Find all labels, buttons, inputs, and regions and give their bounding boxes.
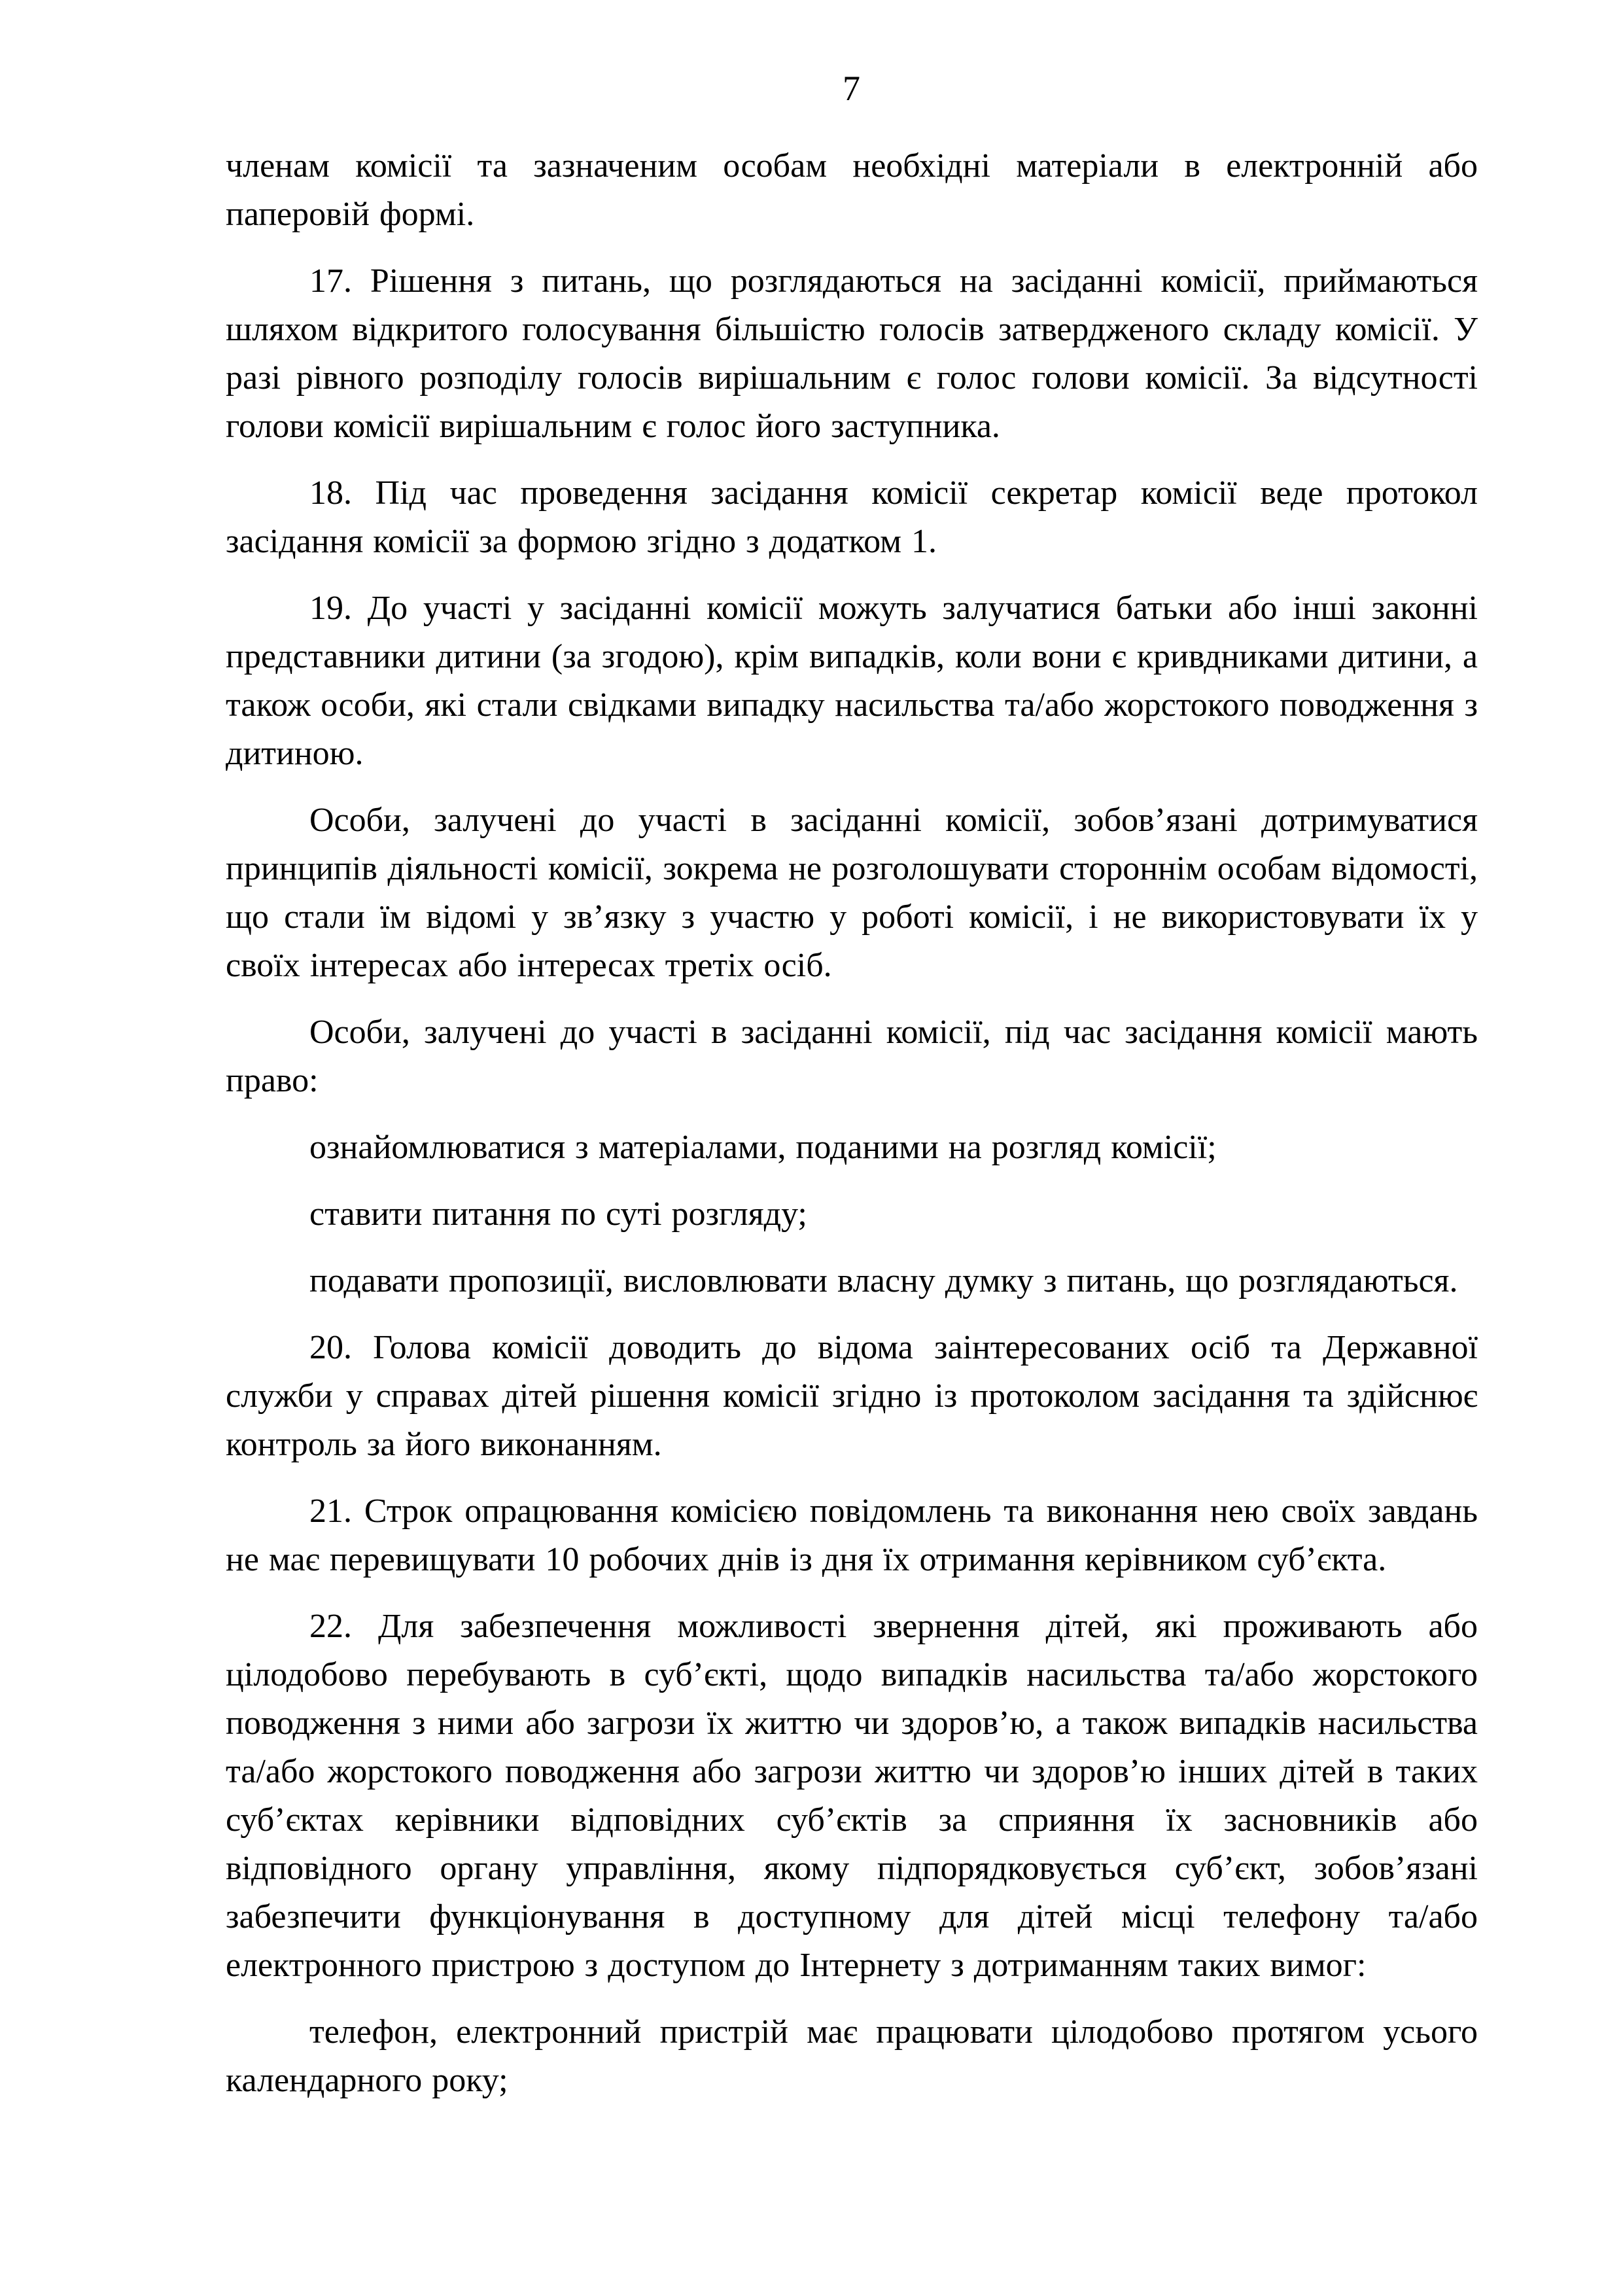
page-number: 7 — [226, 69, 1478, 108]
paragraph-21: 21. Строк опрацювання комісією повідомле… — [226, 1487, 1478, 1584]
paragraph-right-materials: ознайомлюватися з матеріалами, поданими … — [226, 1123, 1478, 1172]
paragraph-19: 19. До участі у засіданні комісії можуть… — [226, 584, 1478, 778]
paragraph-right-proposals: подавати пропозиції, висловлювати власну… — [226, 1257, 1478, 1305]
paragraph-right-questions: ставити питання по суті розгляду; — [226, 1190, 1478, 1239]
document-page: 7 членам комісії та зазначеним особам не… — [0, 0, 1623, 2296]
paragraph-18: 18. Під час проведення засідання комісії… — [226, 469, 1478, 566]
continuation-paragraph: членам комісії та зазначеним особам необ… — [226, 142, 1478, 239]
document-body: членам комісії та зазначеним особам необ… — [226, 142, 1478, 2105]
paragraph-20: 20. Голова комісії доводить до відома за… — [226, 1324, 1478, 1469]
paragraph-phone-requirement: телефон, електронний пристрій має працюв… — [226, 2008, 1478, 2105]
paragraph-22: 22. Для забезпечення можливості зверненн… — [226, 1602, 1478, 1990]
paragraph-persons-obligations: Особи, залучені до участі в засіданні ко… — [226, 796, 1478, 990]
paragraph-17: 17. Рішення з питань, що розглядаються н… — [226, 257, 1478, 451]
paragraph-persons-rights-intro: Особи, залучені до участі в засіданні ко… — [226, 1008, 1478, 1105]
